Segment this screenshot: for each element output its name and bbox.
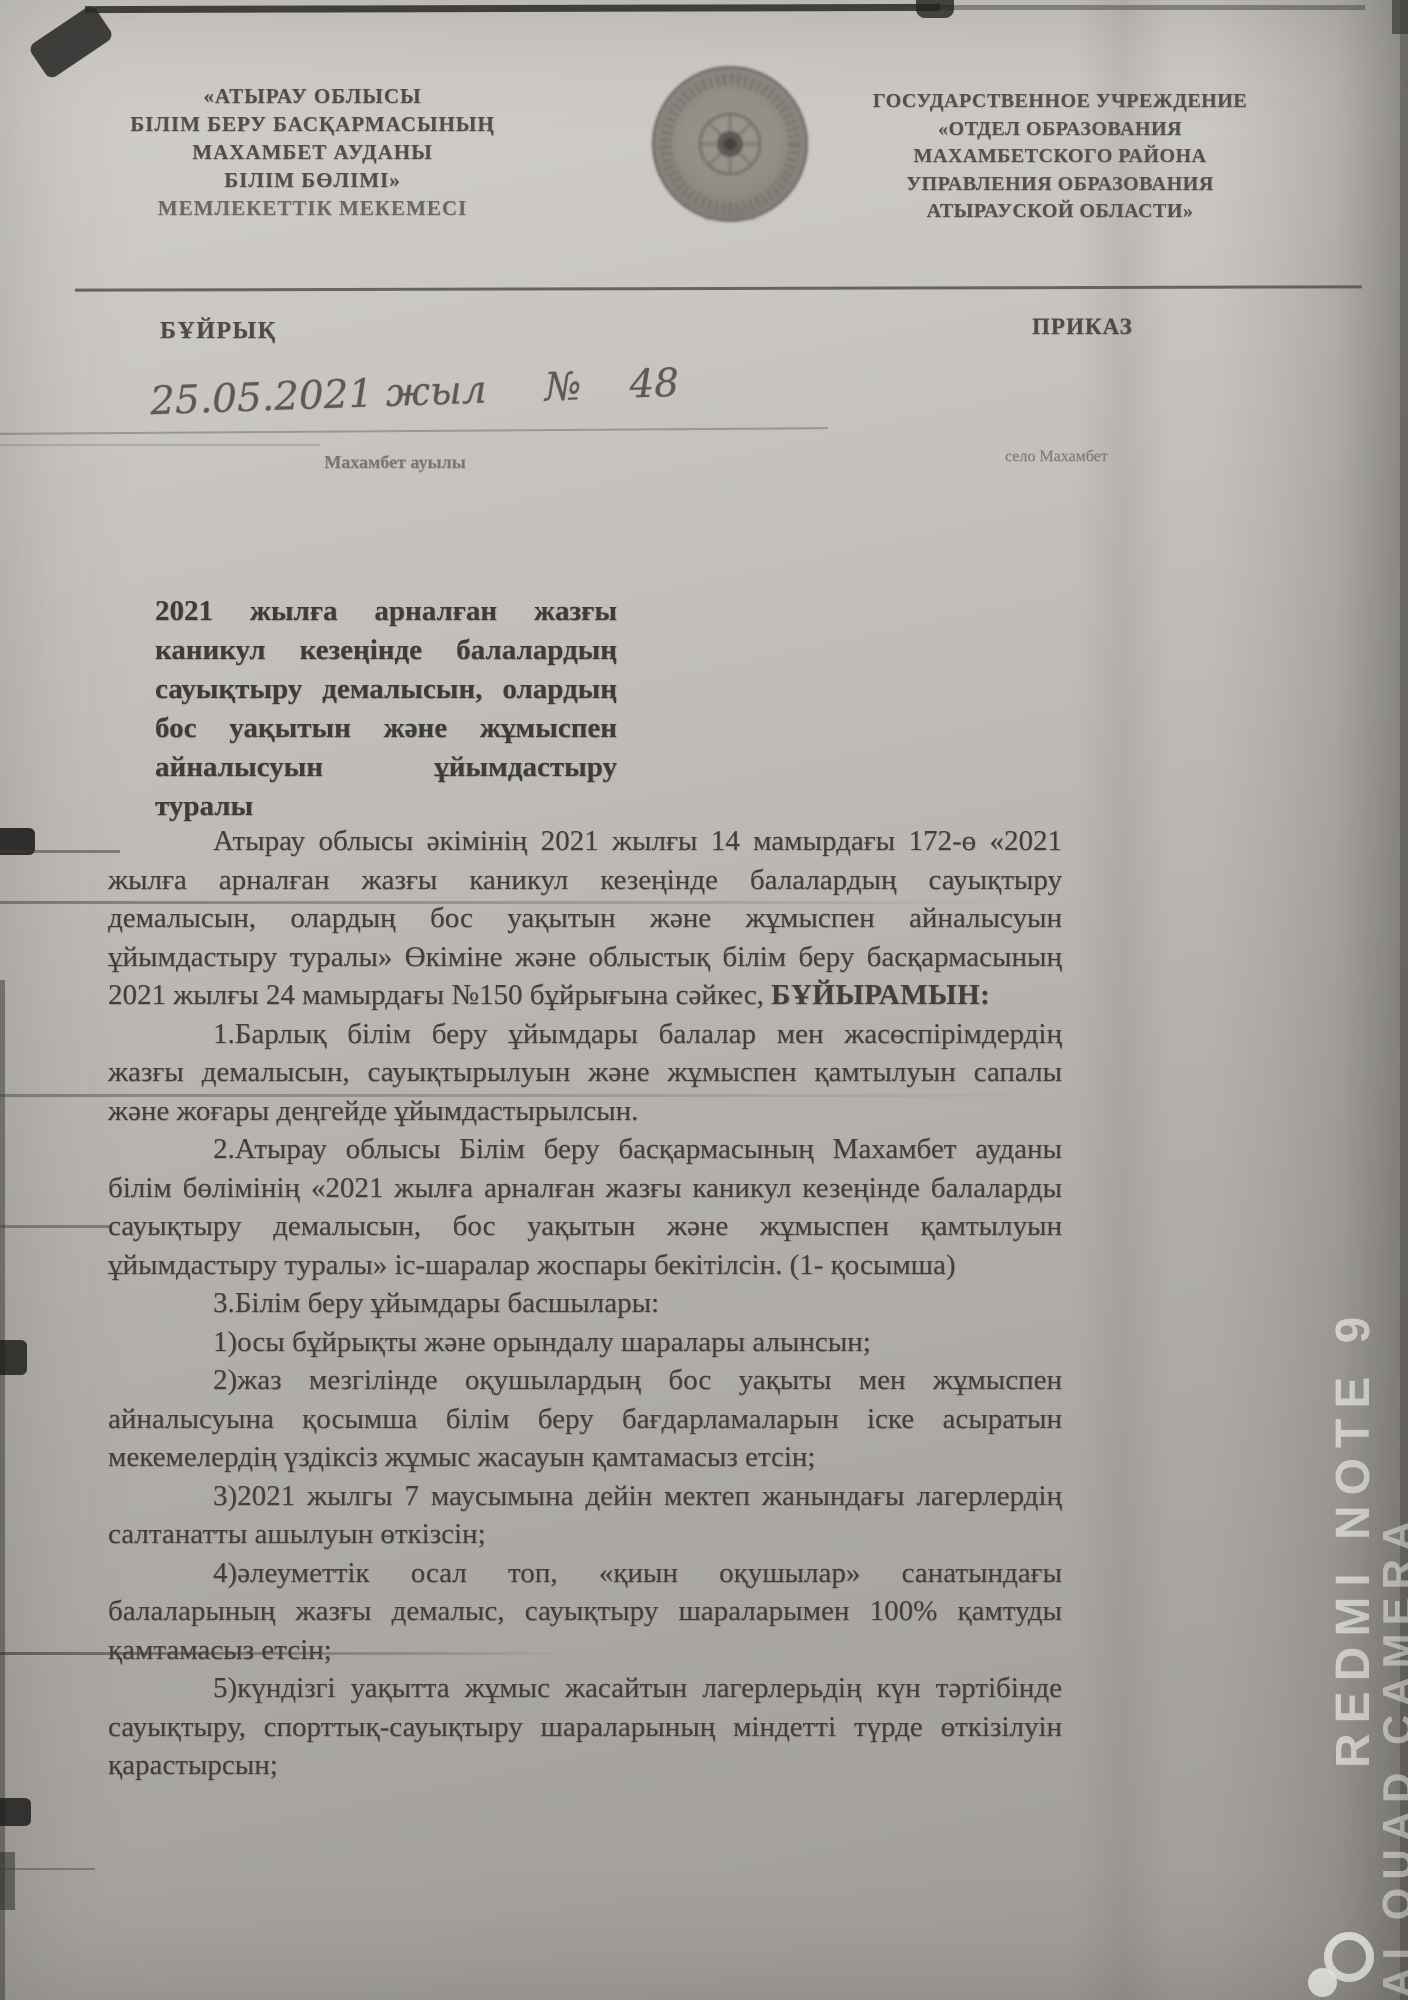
intro-paragraph: Атырау облысы әкімінің 2021 жылғы 14 мам… xyxy=(108,822,1062,1015)
org-line: БІЛІМ БЕРУ БАСҚАРМАСЫНЫҢ xyxy=(95,110,530,138)
scan-left-margin-mark xyxy=(0,828,35,855)
date-underline xyxy=(0,427,828,435)
order-item: 4)әлеуметтік осал топ, «қиын оқушылар» с… xyxy=(108,1554,1062,1670)
order-item: 2.Атырау облысы Білім беру басқармасының… xyxy=(108,1130,1062,1284)
scan-left-margin-mark xyxy=(0,1798,31,1826)
org-line: МЕМЛЕКЕТТІК МЕКЕМЕСІ xyxy=(95,194,530,222)
scan-top-edge-line xyxy=(85,4,940,13)
scan-line-artifact xyxy=(0,1868,95,1870)
order-item: 5)күндізгі уақытта жұмыс жасайтын лагерл… xyxy=(108,1669,1062,1785)
org-line: МАХАМБЕТСКОГО РАЙОНА xyxy=(845,143,1275,171)
order-title: 2021 жылға арналған жазғы каникул кезеңі… xyxy=(155,592,617,826)
paper-crease-shadow xyxy=(1075,0,1170,2000)
kazakhstan-coat-of-arms-icon xyxy=(645,62,815,232)
order-item: 1)осы бұйрықты және орындалу шаралары ал… xyxy=(108,1323,1062,1362)
number-sign: № xyxy=(544,364,582,410)
order-type-russian: ПРИКАЗ xyxy=(1032,314,1133,340)
order-type-kazakh: БҰЙРЫҚ xyxy=(160,318,277,345)
scan-top-right-mark xyxy=(1392,0,1408,34)
scan-left-edge-shadow xyxy=(0,980,5,2000)
org-line: БІЛІМ БӨЛІМІ» xyxy=(95,166,530,194)
camera-watermark-caption: AI QUAD CAMERA xyxy=(1374,1513,1408,1998)
intro-bold-word: БҰЙЫРАМЫН: xyxy=(771,979,990,1011)
scan-left-margin-mark xyxy=(0,1852,15,1910)
order-item: 2)жаз мезгілінде оқушылардың бос уақыты … xyxy=(108,1361,1062,1477)
scan-corner-mark xyxy=(27,4,114,81)
letterhead-divider-line xyxy=(75,285,1362,291)
scanned-document-photo: «АТЫРАУ ОБЛЫСЫ БІЛІМ БЕРУ БАСҚАРМАСЫНЫҢ … xyxy=(0,0,1408,2000)
org-line: МАХАМБЕТ АУДАНЫ xyxy=(95,138,530,166)
order-item: 1.Барлық білім беру ұйымдары балалар мен… xyxy=(108,1015,1062,1131)
handwritten-date: 25.05.2021 жыл xyxy=(149,367,487,424)
scan-line-artifact xyxy=(0,1225,112,1228)
camera-watermark-model: REDMI NOTE 9 xyxy=(1326,1307,1381,1768)
org-line: АТЫРАУСКОЙ ОБЛАСТИ» xyxy=(845,198,1275,226)
order-body: Атырау облысы әкімінің 2021 жылғы 14 мам… xyxy=(108,822,1062,1785)
handwritten-date-number: 25.05.2021 жыл№48 xyxy=(149,361,679,424)
place-name-kazakh: Махамбет ауылы xyxy=(250,452,540,473)
org-name-kazakh: «АТЫРАУ ОБЛЫСЫ БІЛІМ БЕРУ БАСҚАРМАСЫНЫҢ … xyxy=(95,82,530,222)
place-name-russian: село Махамбет xyxy=(1005,448,1108,466)
org-line: «АТЫРАУ ОБЛЫСЫ xyxy=(95,82,530,110)
order-item: 3)2021 жылгы 7 маусымына дейін мектеп жа… xyxy=(108,1477,1062,1554)
scan-line-artifact xyxy=(0,850,120,853)
scan-left-margin-mark xyxy=(0,1340,27,1375)
org-line: УПРАВЛЕНИЯ ОБРАЗОВАНИЯ xyxy=(845,171,1275,199)
camera-lens-dot-icon xyxy=(1308,1968,1337,1997)
date-underline-faint xyxy=(0,444,320,446)
scan-top-mark xyxy=(916,0,954,18)
org-name-russian: ГОСУДАРСТВЕННОЕ УЧРЕЖДЕНИЕ «ОТДЕЛ ОБРАЗО… xyxy=(845,88,1275,226)
handwritten-number: 48 xyxy=(629,361,680,408)
scan-top-edge-line-faint xyxy=(935,5,1365,10)
org-line: ГОСУДАРСТВЕННОЕ УЧРЕЖДЕНИЕ xyxy=(845,88,1275,116)
org-line: «ОТДЕЛ ОБРАЗОВАНИЯ xyxy=(845,116,1275,144)
order-item: 3.Білім беру ұйымдары басшылары: xyxy=(108,1284,1062,1323)
